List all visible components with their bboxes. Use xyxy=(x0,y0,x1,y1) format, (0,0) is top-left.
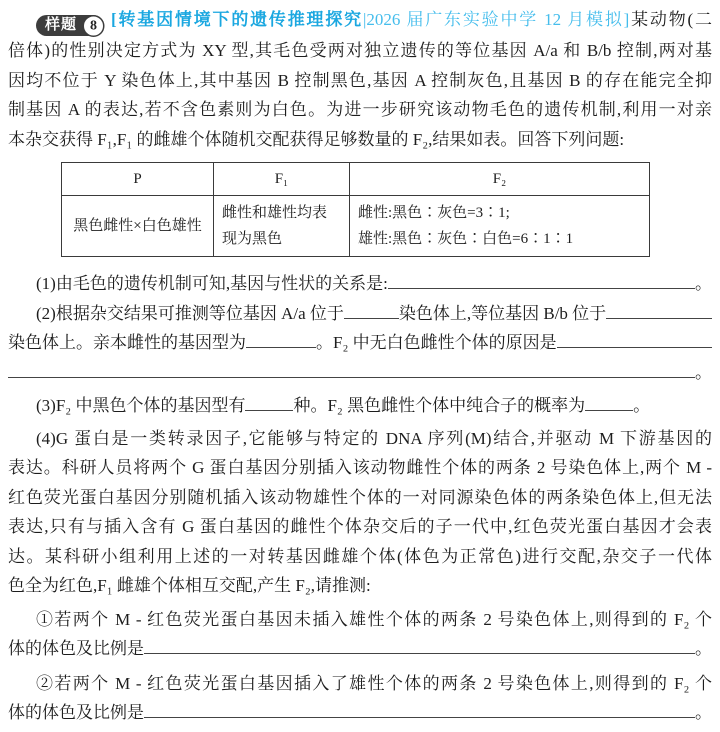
answer-blank xyxy=(344,318,399,319)
col-header-f1: F₁ xyxy=(214,163,350,196)
table-header-row: P F₁ F₂ xyxy=(62,163,650,196)
intro-line-3: 因均不位于 Y 染色体上,其中基因 B 控制黑色,基因 A 控制灰色,且基因 B… xyxy=(8,66,712,96)
question-4-line-3: 红色荧光蛋白基因分别随机插入该动物雄性个体的一对同源染色体的两条染色体上,但无法 xyxy=(8,483,712,513)
cell-parents: 黑色雌性×白色雄性 xyxy=(62,196,214,257)
answer-blank xyxy=(8,377,695,378)
example-badge-label: 样题 xyxy=(45,11,77,41)
worksheet-page: 样题8[转基因情境下的遗传推理探究|2026 届广东实验中学 12 月模拟]某动… xyxy=(0,0,720,728)
cell-f2-male: 雄性:黑色∶灰色∶白色=6∶1∶1 xyxy=(358,226,641,252)
col-header-f2: F₂ xyxy=(350,163,650,196)
col-header-p: P xyxy=(62,163,214,196)
intro-line-2: 倍体)的性别决定方式为 XY 型,其毛色受两对独立遗传的等位基因 A/a 和 B… xyxy=(8,36,712,66)
subquestion-2-text: 体的体色及比例是 xyxy=(8,698,144,728)
question-3-text-a: (3)F₂ 中黑色个体的基因型有 xyxy=(36,396,245,415)
source-tag-exam: |2026 届广东实验中学 12 月模拟] xyxy=(363,10,629,29)
subquestion-2-line-1: ②若两个 M - 红色荧光蛋白基因插入了雄性个体的两条 2 号染色体上,则得到的… xyxy=(8,669,712,699)
answer-blank xyxy=(246,347,316,348)
question-2-text-a: (2)根据杂交结果可推测等位基因 A/a 位于 xyxy=(36,299,344,329)
question-4-line-6: 色全为红色,F₁ 雌雄个体相互交配,产生 F₂,请推测: xyxy=(8,571,712,601)
intro-line-5: 本杂交获得 F₁,F₁ 的雌雄个体随机交配获得足够数量的 F₂,结果如表。回答下… xyxy=(8,125,712,155)
answer-blank xyxy=(557,347,712,348)
source-tag-bold: [转基因情境下的遗传推理探究 xyxy=(111,10,363,29)
answer-blank xyxy=(245,410,293,411)
subquestion-1-period: 。 xyxy=(695,634,712,664)
cell-f2: 雌性:黑色∶灰色=3∶1; 雄性:黑色∶灰色∶白色=6∶1∶1 xyxy=(350,196,650,257)
subquestion-1-line-1: ①若两个 M - 红色荧光蛋白基因未插入雄性个体的两条 2 号染色体上,则得到的… xyxy=(8,605,712,635)
answer-blank xyxy=(144,717,695,718)
subquestion-1-text: 体的体色及比例是 xyxy=(8,634,144,664)
question-2-line-3: 。 xyxy=(8,358,712,388)
table-row: 黑色雌性×白色雄性 雌性和雄性均表现为黑色 雌性:黑色∶灰色=3∶1; 雄性:黑… xyxy=(62,196,650,257)
cell-f2-female: 雌性:黑色∶灰色=3∶1; xyxy=(358,200,641,226)
question-2-line-1: (2)根据杂交结果可推测等位基因 A/a 位于 染色体上,等位基因 B/b 位于 xyxy=(8,299,712,329)
question-2-period: 。 xyxy=(695,358,712,388)
question-2-text-b: 染色体上,等位基因 B/b 位于 xyxy=(399,299,606,329)
answer-blank xyxy=(388,288,695,289)
example-number-badge: 8 xyxy=(84,16,103,35)
question-4-line-2: 表达。科研人员将两个 G 蛋白基因分别插入该动物雌性个体的两条 2 号染色体上,… xyxy=(8,453,712,483)
question-4-line-1: (4)G 蛋白是一类转录因子,它能够与特定的 DNA 序列(M)结合,并驱动 M… xyxy=(8,424,712,454)
answer-blank xyxy=(606,318,712,319)
subquestion-2-line-2: 体的体色及比例是 。 xyxy=(8,698,712,728)
answer-blank xyxy=(144,653,695,654)
question-2-text-c: 染色体上。亲本雌性的基因型为 xyxy=(8,328,246,358)
question-3-text-b: 种。F₂ 黑色雌性个体中纯合子的概率为 xyxy=(293,396,585,415)
question-2-text-d: 。F₂ 中无白色雌性个体的原因是 xyxy=(316,328,557,358)
cross-results-table: P F₁ F₂ 黑色雌性×白色雄性 雌性和雄性均表现为黑色 雌性:黑色∶灰色=3… xyxy=(61,162,650,257)
question-1: (1)由毛色的遗传机制可知,基因与性状的关系是: 。 xyxy=(8,269,712,299)
subquestion-2-period: 。 xyxy=(695,698,712,728)
question-4-line-5: 达。某科研小组利用上述的一对转基因雌雄个体(体色为正常色)进行交配,杂交子一代体 xyxy=(8,542,712,572)
answer-blank xyxy=(585,410,633,411)
intro-line-4: 制基因 A 的表达,若不含色素则为白色。为进一步研究该动物毛色的遗传机制,利用一… xyxy=(8,95,712,125)
intro-text-start: 某动物(二 xyxy=(629,10,712,29)
cell-f1: 雌性和雄性均表现为黑色 xyxy=(214,196,350,257)
question-3-period: 。 xyxy=(633,396,650,415)
example-badge: 样题8 xyxy=(36,15,104,36)
intro-line-1: 样题8[转基因情境下的遗传推理探究|2026 届广东实验中学 12 月模拟]某动… xyxy=(8,5,712,36)
subquestion-1-line-2: 体的体色及比例是 。 xyxy=(8,634,712,664)
question-1-period: 。 xyxy=(695,269,712,299)
question-1-text: (1)由毛色的遗传机制可知,基因与性状的关系是: xyxy=(36,269,388,299)
question-4-line-4: 表达,只有与插入含有 G 蛋白基因的雌性个体杂交后的子一代中,红色荧光蛋白基因才… xyxy=(8,512,712,542)
question-2-line-2: 染色体上。亲本雌性的基因型为 。F₂ 中无白色雌性个体的原因是 xyxy=(8,328,712,358)
question-3: (3)F₂ 中黑色个体的基因型有种。F₂ 黑色雌性个体中纯合子的概率为。 xyxy=(8,391,712,421)
